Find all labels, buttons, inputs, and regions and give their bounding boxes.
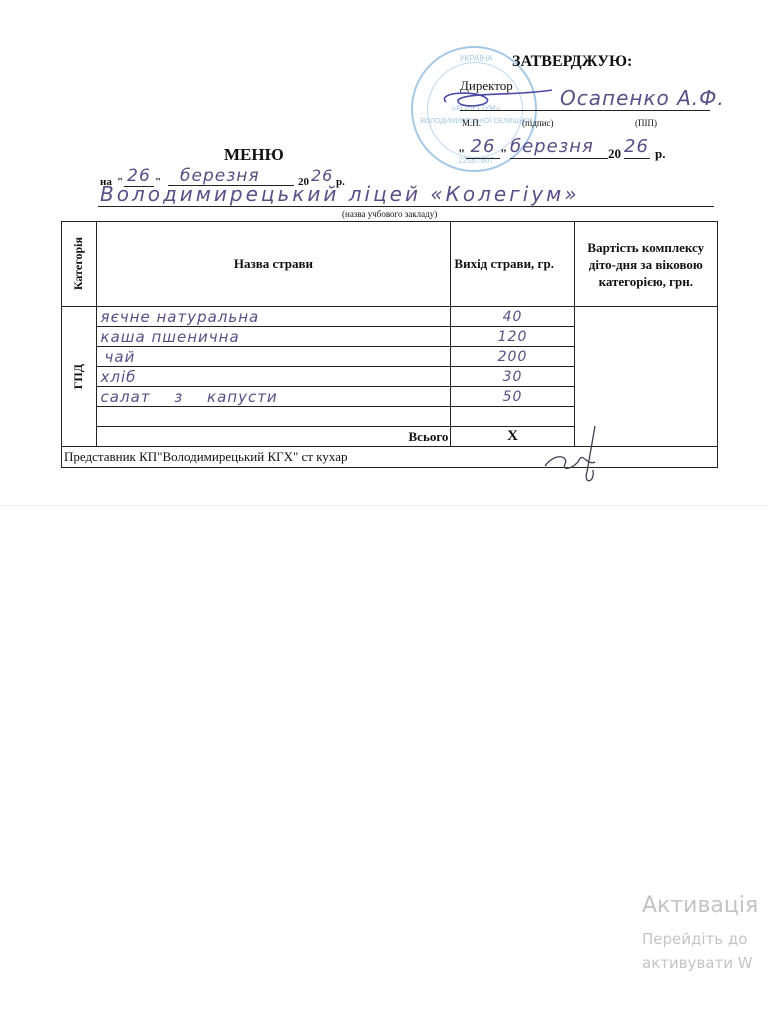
menu-title: МЕНЮ — [224, 145, 284, 165]
table-header-row: Категорія Назва страви Вихід страви, гр.… — [62, 222, 718, 307]
representative-text: Представник КП"Володимирецький КГХ" ст к… — [62, 447, 718, 468]
category-cell: ГПД — [62, 307, 97, 447]
header-yield: Вихід страви, гр. — [451, 222, 574, 307]
dish-name-cell: хліб — [96, 367, 451, 387]
dish-name-cell: каша пшенична — [96, 327, 451, 347]
dish-name-cell: чай — [96, 347, 451, 367]
header-category: Категорія — [62, 222, 97, 307]
dish-yield-cell: 120 — [451, 327, 574, 347]
activation-watermark-line3: активувати W — [642, 954, 753, 972]
approval-year-prefix: 20 — [608, 146, 621, 162]
dish-yield-cell: 30 — [451, 367, 574, 387]
approval-title: ЗАТВЕРДЖУЮ: — [512, 53, 632, 71]
approval-date-day: 26 — [466, 136, 500, 159]
table-row: ГПД яєчне натуральна 40 — [62, 307, 718, 327]
dish-name-cell: яєчне натуральна — [96, 307, 451, 327]
director-signature — [436, 88, 556, 114]
signature-caption: (підпис) — [522, 118, 554, 128]
dish-yield-cell: 40 — [451, 307, 574, 327]
institution-name-handwritten: Володимирецький ліцей «Колегіум» — [100, 182, 580, 206]
activation-watermark-title: Активація — [642, 893, 758, 918]
approval-year-suffix: 26 — [624, 136, 650, 159]
representative-signature — [535, 422, 615, 492]
activation-watermark-line2: Перейдіть до — [642, 930, 747, 948]
header-dish-name: Назва страви — [96, 222, 451, 307]
director-name-handwritten: Осапенко А.Ф. — [560, 86, 725, 110]
dish-yield-cell: 200 — [451, 347, 574, 367]
name-caption: (ПІП) — [635, 118, 657, 128]
dish-name-cell — [96, 407, 451, 427]
approval-date-month: березня — [510, 136, 608, 159]
page-divider — [0, 505, 768, 506]
seal-label: М.П. — [462, 118, 481, 128]
dish-name-cell: салат з капусти — [96, 387, 451, 407]
menu-table: Категорія Назва страви Вихід страви, гр.… — [61, 221, 718, 468]
representative-row: Представник КП"Володимирецький КГХ" ст к… — [62, 447, 718, 468]
header-cost: Вартість комплексу діто-дня за віковою к… — [574, 222, 717, 307]
approval-date-suffix: р. — [655, 146, 665, 162]
total-label: Всього — [96, 427, 451, 447]
institution-caption: (назва учбового закладу) — [342, 209, 437, 219]
dish-yield-cell: 50 — [451, 387, 574, 407]
